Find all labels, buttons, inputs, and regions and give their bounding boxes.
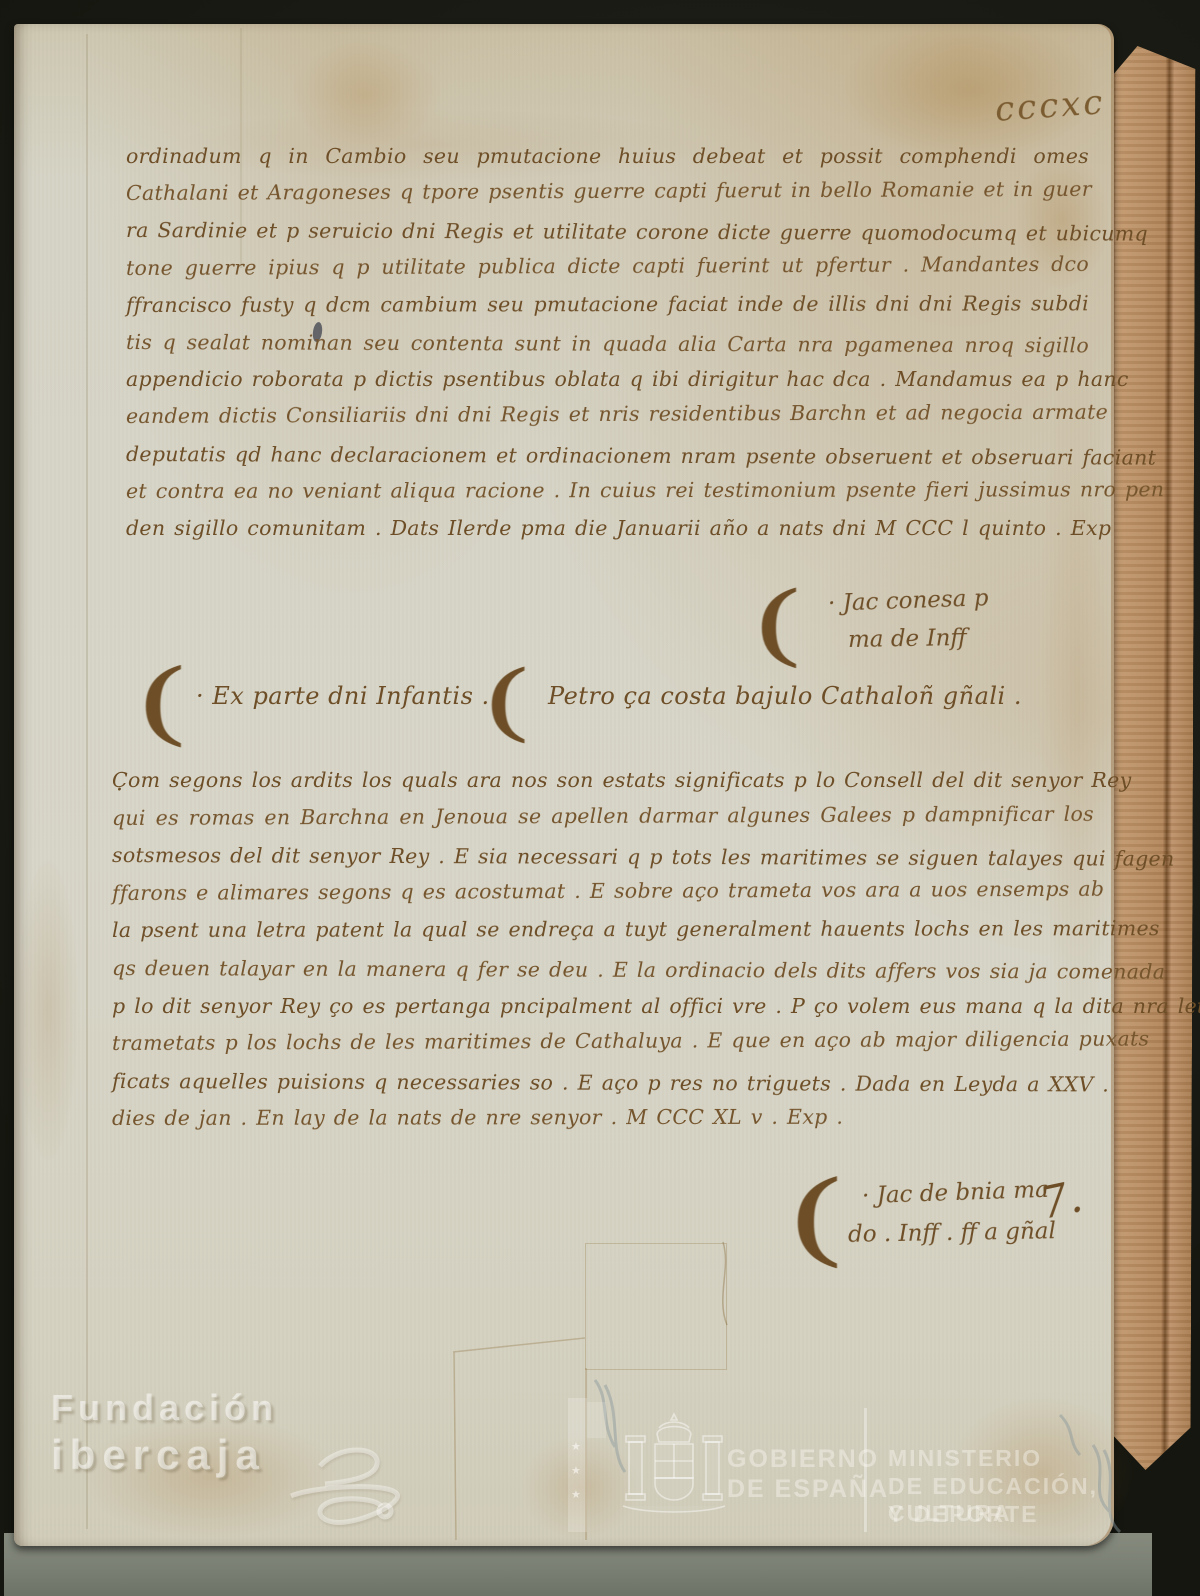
manuscript-line: ficats aquelles puisions q necessaries s… <box>112 1063 1094 1104</box>
star-icon: ★ <box>571 1488 581 1501</box>
manuscript-line: ffrancisco fusty q dcm cambium seu pmuta… <box>126 285 1089 324</box>
rubric-paragraph-mark-icon: ( <box>134 658 191 748</box>
manuscript-line: et contra ea no veniant aliqua racione .… <box>126 471 1089 510</box>
star-icon: ★ <box>571 1440 581 1453</box>
manuscript-line: appendicio roborata p dictis psentibus o… <box>126 361 1089 398</box>
manuscript-line: Cathalani et Aragoneses q tpore psentis … <box>126 171 1089 212</box>
manuscript-line: trametats p los lochs de les maritimes d… <box>112 1021 1094 1063</box>
manuscript-line: la psent una letra patent la qual se end… <box>112 911 1094 950</box>
signature-paren-icon: ( <box>785 1168 849 1269</box>
manuscript-line: p lo dit senyor Rey ço es pertanga pncip… <box>112 988 1094 1026</box>
folio-number: cccxc <box>994 82 1107 130</box>
manuscript-line: den sigillo comunitam . Dats Ilerde pma … <box>126 510 1089 547</box>
manuscript-line: eandem dictis Consiliariis dni dni Regis… <box>126 394 1089 435</box>
manuscript-line: qs deuen talayar en la manera q fer se d… <box>112 950 1094 991</box>
catalan-letter-block: Com segons los ardits los quals ara nos … <box>112 762 1094 1138</box>
signature-paren-icon: ( <box>751 580 807 668</box>
manuscript-line: Com segons los ardits los quals ara nos … <box>112 762 1094 800</box>
star-icon: ★ <box>571 1464 581 1477</box>
manuscript-line: deputatis qd hanc declaracionem et ordin… <box>126 436 1089 477</box>
manuscript-line: tis q sealat nominan seu contenta sunt i… <box>126 324 1089 365</box>
manuscript-line: qui es romas en Barchna en Jenoua se ape… <box>112 795 1094 837</box>
archive-scan: { "manuscript": { "folio_number": "cccxc… <box>0 0 1200 1596</box>
manuscript-line: ordinadum q in Cambio seu pmutacione hui… <box>126 138 1089 175</box>
first-signature-line2: ma de Inff <box>848 625 967 653</box>
rubric-part2: Petro ça costa bajulo Cathaloñ gñali . <box>548 682 1022 710</box>
rubric-paragraph-mark-icon: ( <box>481 660 534 744</box>
rubric-part1: · Ex parte dni Infantis . <box>196 682 490 710</box>
second-signature-line2: do . Inff . ff a gñal <box>848 1218 1056 1248</box>
manuscript-line: dies de jan . En lay de la nats de nre s… <box>112 1099 812 1138</box>
manuscript-line: ffarons e alimares segons q es acostumat… <box>112 870 1094 912</box>
manuscript-line: tone guerre ipius q p utilitate publica … <box>126 245 1089 286</box>
latin-letter-block: ordinadum q in Cambio seu pmutacione hui… <box>126 138 1089 547</box>
